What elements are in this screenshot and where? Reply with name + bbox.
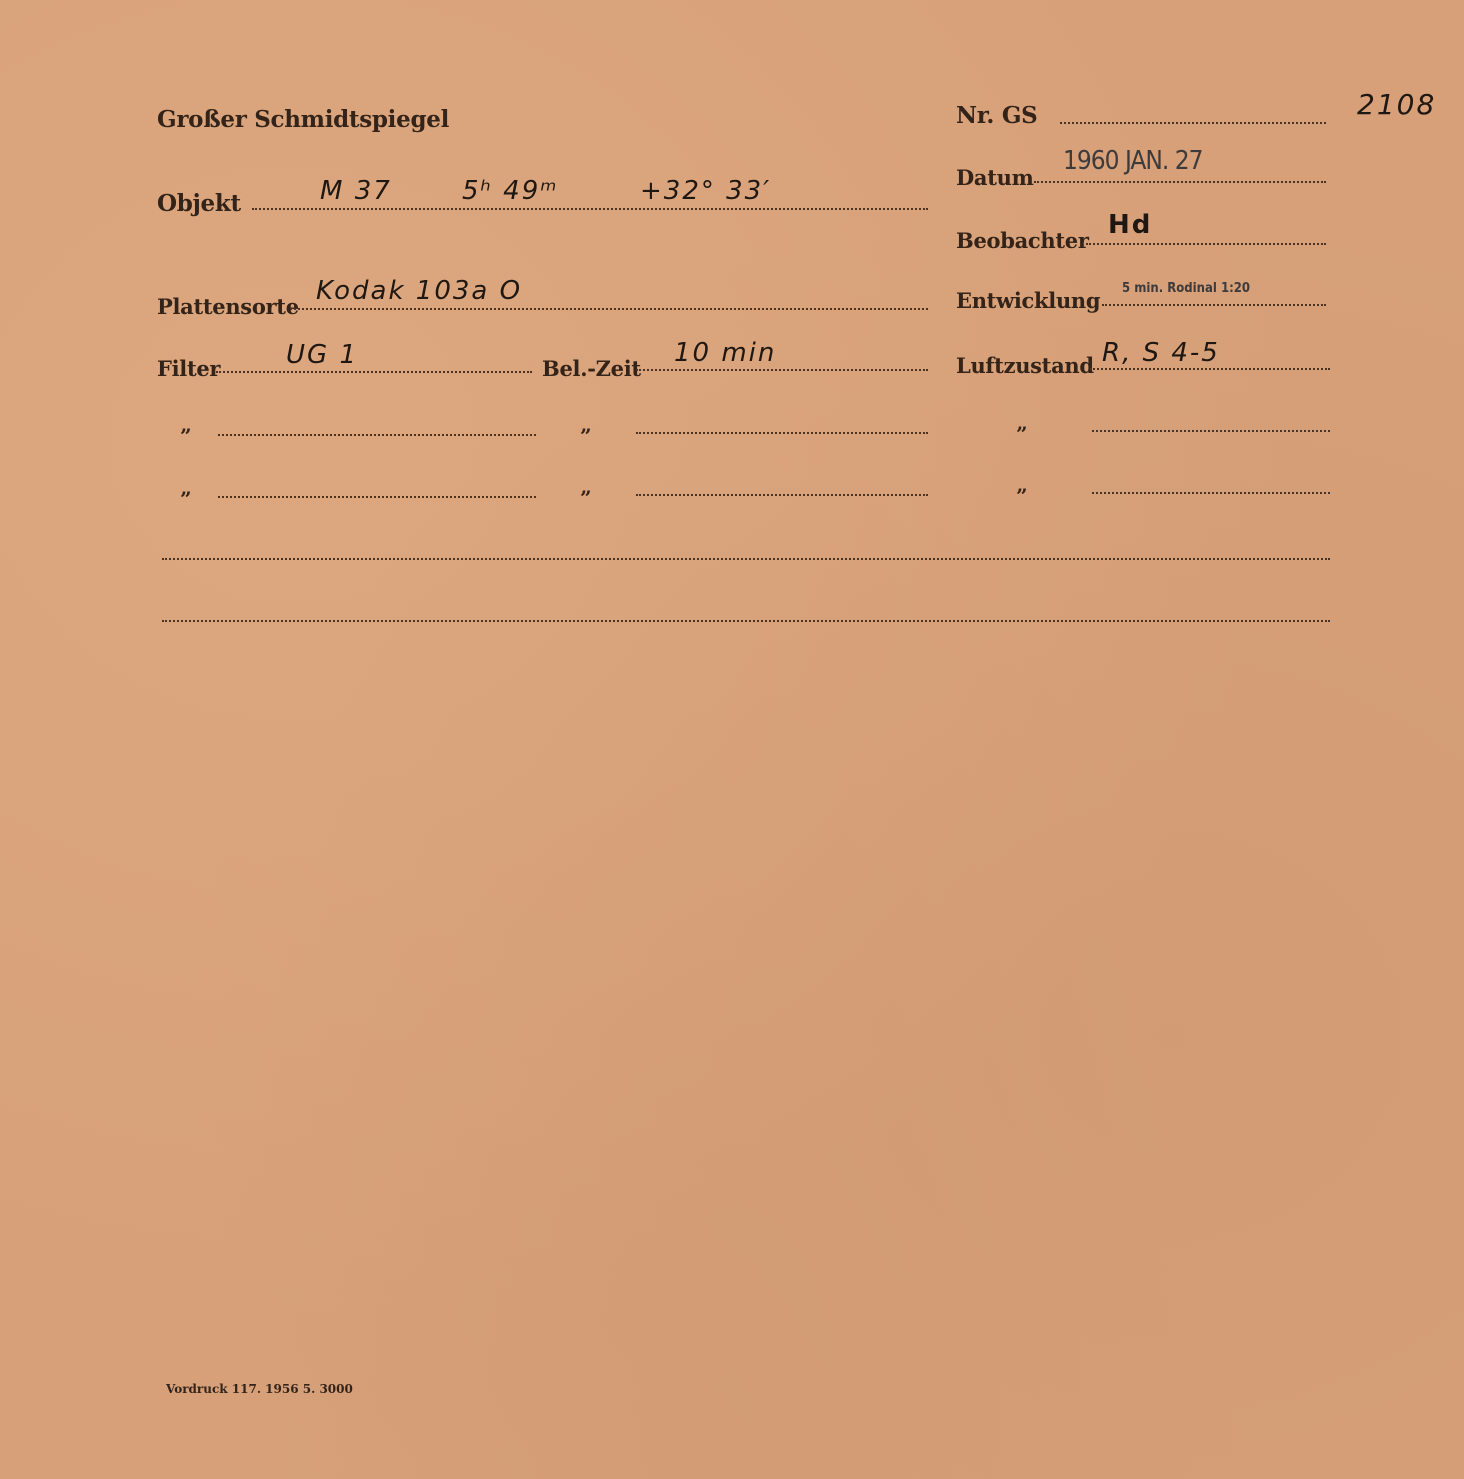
objekt-ra-value: 5ʰ 49ᵐ: [462, 176, 558, 206]
objekt-label: Objekt: [157, 190, 241, 217]
entwicklung-line: [1102, 304, 1326, 306]
filter-label: Filter: [157, 356, 220, 381]
entwicklung-label: Entwicklung: [956, 288, 1100, 313]
blank-line: [636, 432, 928, 434]
beobachter-label: Beobachter: [956, 228, 1089, 253]
luftzustand-line: [1090, 368, 1330, 370]
beobachter-value: Hd: [1108, 210, 1152, 240]
blank-line: [218, 434, 536, 436]
form-title: Großer Schmidtspiegel: [157, 106, 449, 133]
blank-line: [636, 494, 928, 496]
ditto-mark: ”: [580, 486, 592, 510]
objekt-name-value: M 37: [320, 176, 392, 206]
blank-line: [218, 496, 536, 498]
luftzustand-value: R, S 4-5: [1102, 338, 1220, 368]
nr-gs-label: Nr. GS: [956, 102, 1038, 129]
plattensorte-value: Kodak 103a O: [316, 276, 522, 306]
ditto-mark: ”: [180, 424, 192, 448]
belzeit-label: Bel.-Zeit: [542, 356, 641, 381]
blank-line: [1092, 492, 1330, 494]
datum-line: [1034, 181, 1326, 183]
nr-gs-line: [1060, 122, 1326, 124]
plattensorte-line: [290, 308, 928, 310]
print-note: Vordruck 117. 1956 5. 3000: [166, 1382, 353, 1396]
plattensorte-label: Plattensorte: [157, 294, 299, 319]
belzeit-value: 10 min: [674, 338, 776, 368]
beobachter-line: [1086, 243, 1326, 245]
nr-gs-value: 2108: [1357, 88, 1436, 121]
filter-line: [216, 371, 532, 373]
entwicklung-stamp-value: 5 min. Rodinal 1:20: [1122, 281, 1250, 296]
objekt-dec-value: +32° 33′: [640, 176, 771, 206]
filter-value: UG 1: [286, 340, 358, 370]
full-width-line: [162, 620, 1330, 622]
full-width-line: [162, 558, 1330, 560]
ditto-mark: ”: [1016, 422, 1028, 446]
ditto-mark: ”: [1016, 484, 1028, 508]
objekt-line: [252, 208, 928, 210]
datum-stamp-value: 1960 JAN. 27: [1063, 146, 1202, 176]
ditto-mark: ”: [180, 487, 192, 511]
datum-label: Datum: [956, 165, 1034, 190]
belzeit-line: [636, 369, 928, 371]
blank-line: [1092, 430, 1330, 432]
luftzustand-label: Luftzustand: [956, 353, 1094, 378]
ditto-mark: ”: [580, 424, 592, 448]
